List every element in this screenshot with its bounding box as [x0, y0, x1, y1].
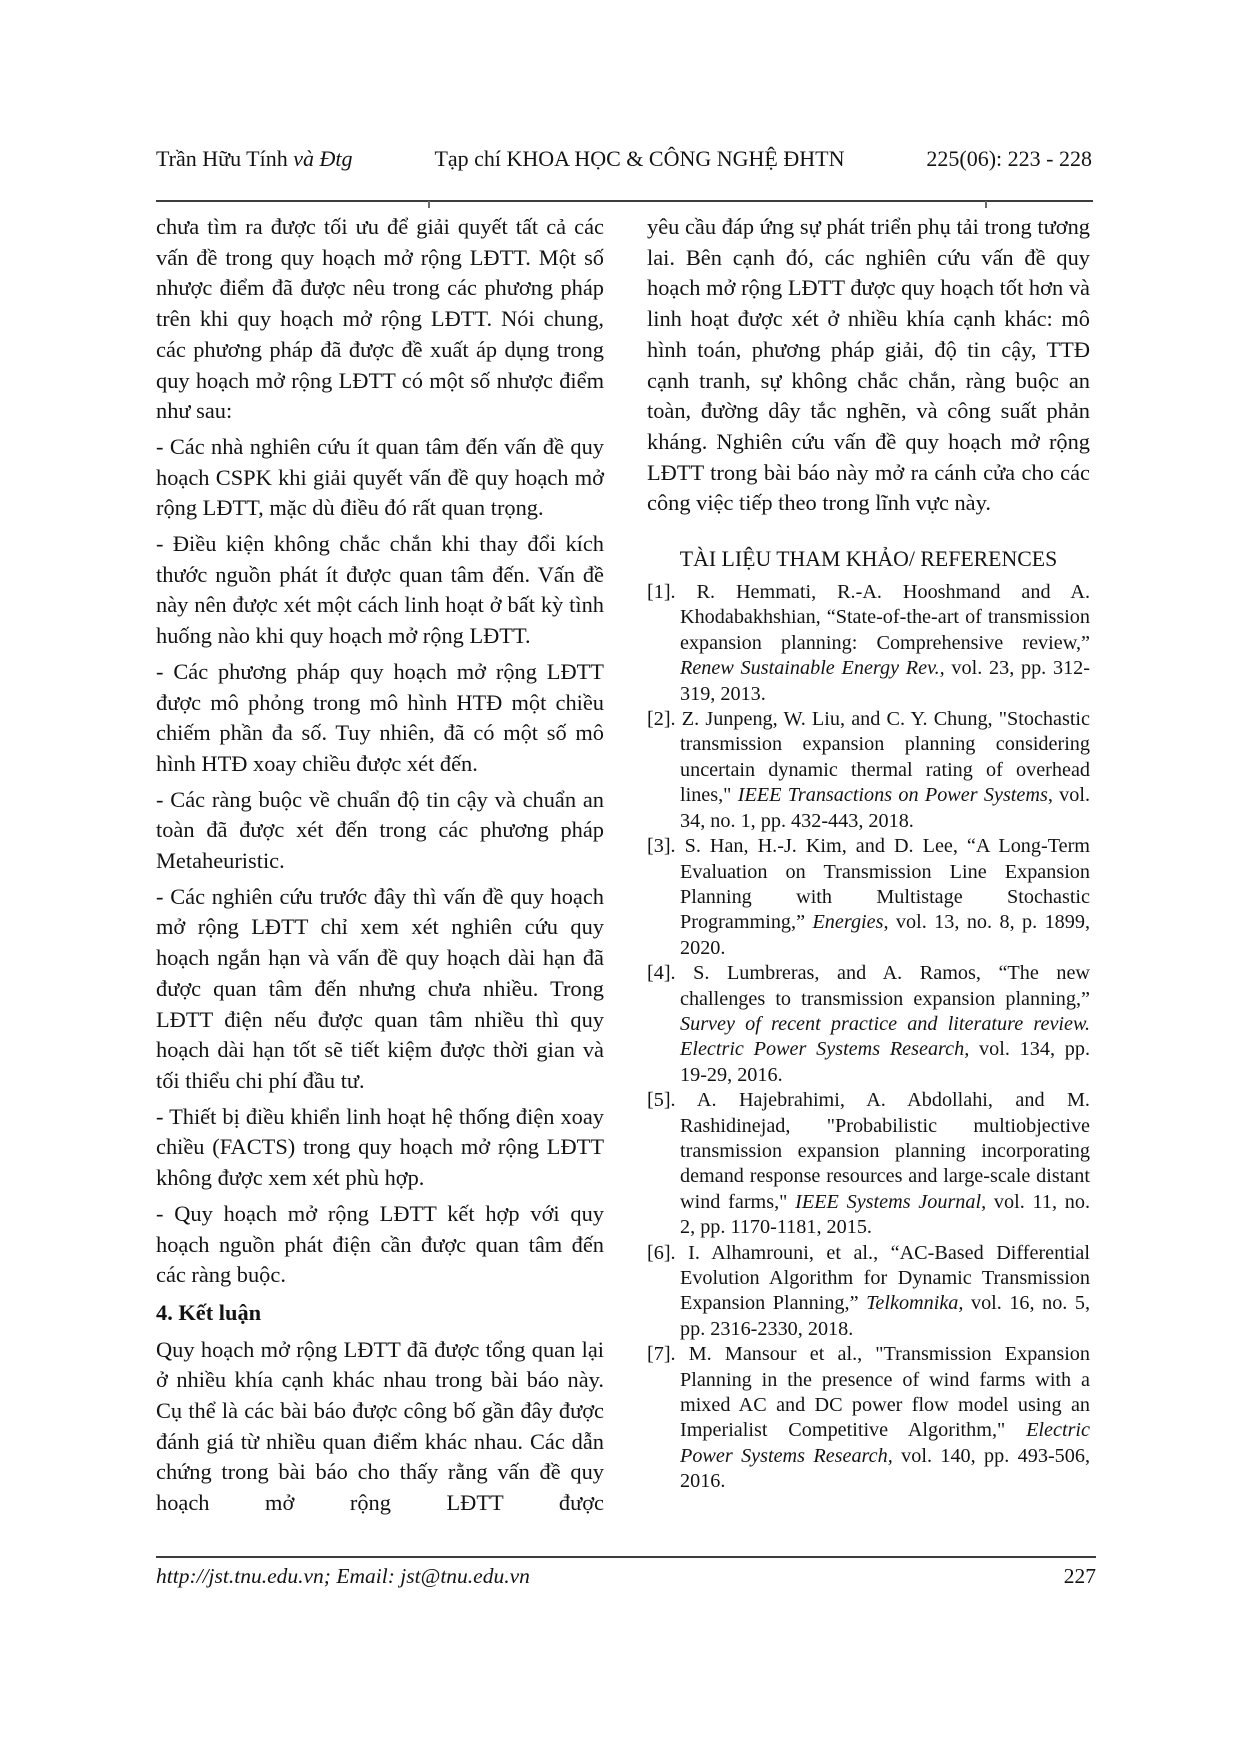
author-etal: và Đtg	[293, 146, 352, 171]
header-divider-tick	[428, 201, 430, 208]
header-issue-pages: 225(06): 223 - 228	[926, 146, 1092, 172]
paragraph: - Các nghiên cứu trước đây thì vấn đề qu…	[156, 882, 604, 1097]
reference-text: S. Lumbreras, and A. Ramos, “The new cha…	[680, 962, 1090, 1009]
author-name: Trần Hữu Tính	[156, 146, 288, 171]
page-footer: http://jst.tnu.edu.vn; Email: jst@tnu.ed…	[156, 1564, 1096, 1589]
header-journal-title: Tạp chí KHOA HỌC & CÔNG NGHỆ ĐHTN	[434, 146, 844, 172]
reference-text: R. Hemmati, R.-A. Hooshmand and A. Khoda…	[680, 581, 1090, 654]
journal-name: Energies	[812, 911, 883, 933]
journal-name: Telkomnika,	[866, 1292, 963, 1314]
conclusion-paragraph: Quy hoạch mở rộng LĐTT đã được tổng quan…	[156, 1335, 604, 1519]
reference-item: [5]. A. Hajebrahimi, A. Abdollahi, and M…	[647, 1088, 1090, 1240]
reference-label: [3].	[647, 835, 685, 857]
reference-item: [7]. M. Mansour et al., "Transmission Ex…	[647, 1342, 1090, 1494]
reference-item: [3]. S. Han, H.-J. Kim, and D. Lee, “A L…	[647, 834, 1090, 961]
body-paragraphs: chưa tìm ra được tối ưu để giải quyết tấ…	[156, 212, 604, 1291]
header-divider-tick	[985, 201, 987, 208]
journal-page: Trần Hữu Tính và Đtg Tạp chí KHOA HỌC & …	[0, 0, 1240, 1754]
paragraph: - Quy hoạch mở rộng LĐTT kết hợp với quy…	[156, 1199, 604, 1291]
reference-label: [4].	[647, 962, 693, 984]
paragraph: chưa tìm ra được tối ưu để giải quyết tấ…	[156, 212, 604, 427]
reference-label: [7].	[647, 1343, 689, 1365]
footer-journal-url: http://jst.tnu.edu.vn; Email: jst@tnu.ed…	[156, 1564, 530, 1589]
right-column: yêu cầu đáp ứng sự phát triển phụ tải tr…	[647, 212, 1090, 1495]
paragraph: - Điều kiện không chắc chắn khi thay đổi…	[156, 529, 604, 652]
reference-label: [6].	[647, 1242, 688, 1264]
reference-item: [6]. I. Alhamrouni, et al., “AC-Based Di…	[647, 1241, 1090, 1343]
header-divider	[156, 200, 1093, 202]
references-list: [1]. R. Hemmati, R.-A. Hooshmand and A. …	[647, 580, 1090, 1495]
references-heading: TÀI LIỆU THAM KHẢO/ REFERENCES	[647, 546, 1090, 573]
body-paragraph: yêu cầu đáp ứng sự phát triển phụ tải tr…	[647, 212, 1090, 519]
paragraph: - Các ràng buộc về chuẩn độ tin cậy và c…	[156, 785, 604, 877]
reference-label: [1].	[647, 581, 697, 603]
reference-item: [2]. Z. Junpeng, W. Liu, and C. Y. Chung…	[647, 707, 1090, 834]
journal-name: IEEE Transactions on Power Systems	[738, 784, 1048, 806]
reference-label: [2].	[647, 708, 682, 730]
page-header: Trần Hữu Tính và Đtg Tạp chí KHOA HỌC & …	[156, 146, 1092, 172]
reference-item: [1]. R. Hemmati, R.-A. Hooshmand and A. …	[647, 580, 1090, 707]
paragraph: - Thiết bị điều khiển linh hoạt hệ thống…	[156, 1102, 604, 1194]
page-number: 227	[1064, 1564, 1096, 1589]
header-author: Trần Hữu Tính và Đtg	[156, 146, 353, 172]
left-column: chưa tìm ra được tối ưu để giải quyết tấ…	[156, 212, 604, 1524]
paragraph: - Các phương pháp quy hoạch mở rộng LĐTT…	[156, 657, 604, 780]
journal-name: Renew Sustainable Energy Rev.,	[680, 657, 945, 679]
footer-divider	[156, 1556, 1096, 1558]
reference-item: [4]. S. Lumbreras, and A. Ramos, “The ne…	[647, 961, 1090, 1088]
journal-name: IEEE Systems Journal,	[795, 1191, 986, 1213]
paragraph: - Các nhà nghiên cứu ít quan tâm đến vấn…	[156, 432, 604, 524]
reference-label: [5].	[647, 1089, 697, 1111]
conclusion-heading: 4. Kết luận	[156, 1298, 604, 1329]
